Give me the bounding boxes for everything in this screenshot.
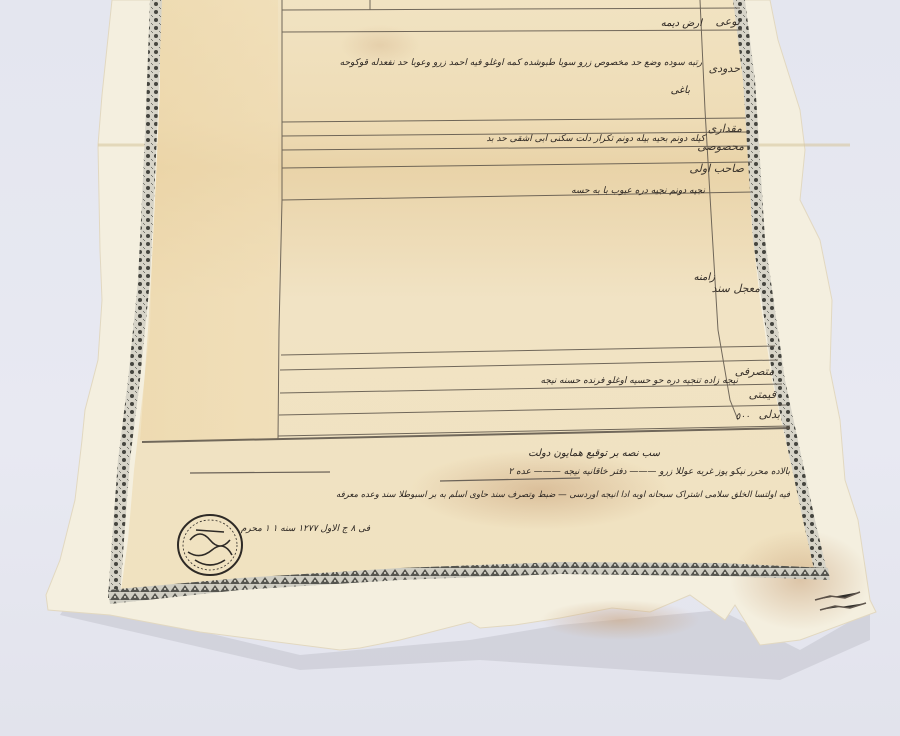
entry-sahibi-evveli: نجیه دونم نجیه دره عیوب با به حسه — [571, 186, 705, 196]
entry-mutasarrifi: نیجه زاده تنجیه دره حو حسیه اوغلو فرنده … — [540, 376, 738, 386]
label-bedeli: بدلی — [759, 408, 780, 421]
footer-line-3: فیه اولتسا الخلق سلامی اشتراک سبحانه اوب… — [336, 490, 790, 500]
entry-muaccele-senedi: زامنه — [694, 272, 715, 283]
footer-line-1: سب نصه بر توقیع همایون دولت — [528, 448, 660, 459]
entry-bedeli: ٥٠٠ — [735, 412, 750, 422]
label-mikdari: مقداری — [708, 122, 742, 135]
label-sahibi-evveli: صاحب اولی — [689, 162, 744, 175]
label-nevi: نوعی — [716, 15, 740, 28]
footer-date: فی ٨ ج الاول ١٢٧٧ سنه ١ ١ محرم — [241, 524, 370, 534]
entry-nevi: ارض دیمه — [661, 18, 702, 29]
label-kiymeti: قیمتی — [749, 388, 776, 401]
entry-hududu-cont: باغی — [671, 85, 690, 96]
photograph: نوعی حدودی مقداری محصوصی صاحب اولی معجل … — [0, 0, 900, 736]
footer-line-2: بالاده محرر نیکو یوز غربه عوللا زرو ——— … — [508, 467, 790, 477]
label-mutasarrifi: متصرفی — [735, 365, 774, 378]
label-hududu: حدودی — [709, 62, 740, 75]
entry-hududu: رتبه سوده وضع حد مخصوص زرو سوبا طبوشده ک… — [340, 58, 702, 68]
entry-mikdari: کیله دونم بحیه بیله دونم تکرار دلت سکنی … — [486, 134, 705, 144]
label-muaccele-senedi: معجل سند — [712, 282, 760, 295]
